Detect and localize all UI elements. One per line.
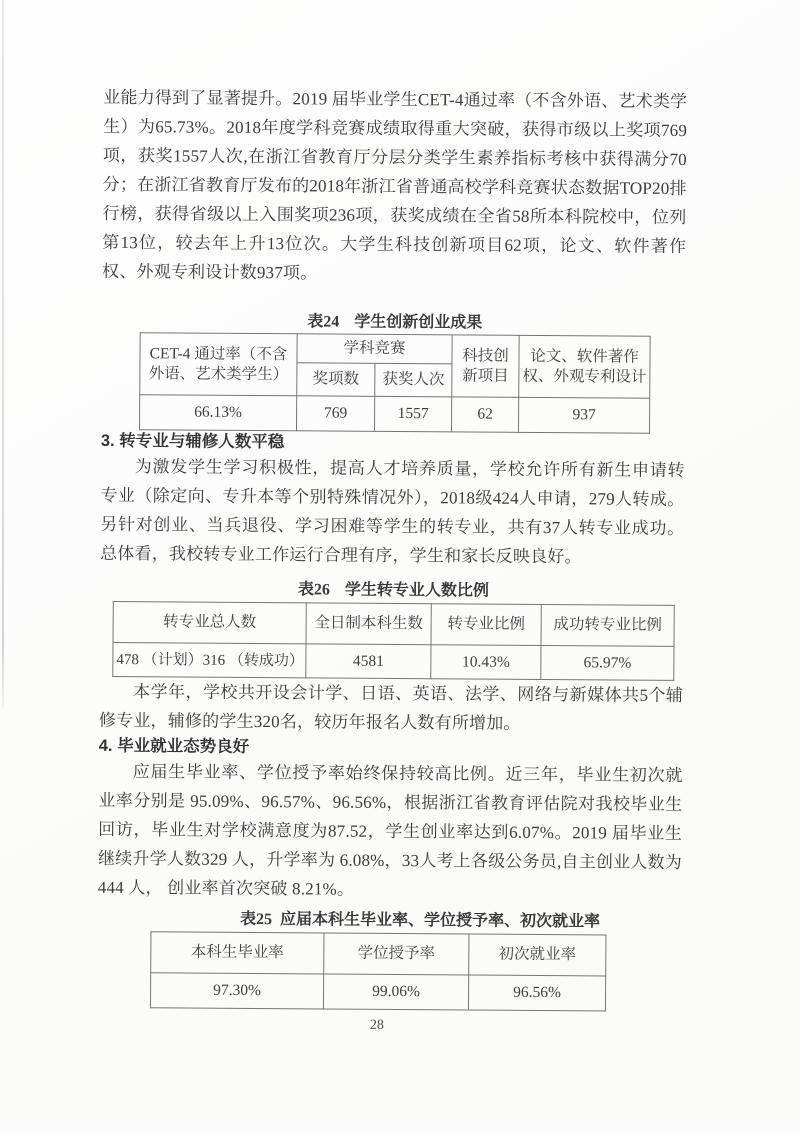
table25-cell-degree-rate: 99.06% [323,974,468,1010]
table26-caption-label: 表26 [298,581,330,598]
table26-header-transfer-ratio: 转专业比例 [431,604,541,646]
table24-caption: 表24学生创新创业成果 [140,310,650,335]
table24-caption-title: 学生创新创业成果 [354,314,482,332]
table25-header-degree-rate: 学位授予率 [324,933,469,975]
table24-cell-awards: 769 [296,396,374,432]
table24-header-papers-patents: 论文、软件著作权、外观专利设计 [519,335,650,398]
table24-student-innovation: CET-4 通过率（不含外语、艺术类学生） 学科竞赛 科技创新项目 论文、软件著… [139,332,651,434]
table24-header-cet4: CET-4 通过率（不含外语、艺术类学生） [140,333,297,396]
table24-header-tech-innovation: 科技创新项目 [452,335,519,397]
table25-caption-title: 应届本科生毕业率、学位授予率、初次就业率 [280,911,600,930]
table25-graduation-rates: 本科生毕业率 学位授予率 初次就业率 97.30% 99.06% 96.56% [150,931,607,1011]
table25-cell-graduation-rate: 97.30% [150,973,323,1009]
table26-header-fulltime-undergrad: 全日制本科生数 [306,603,431,645]
table24-header-competition-group: 学科竞赛 [297,334,452,364]
paragraph-intro: 业能力得到了显著提升。2019 届毕业学生CET-4通过率（不含外语、艺术类学生… [102,83,687,290]
table24-block: 表24学生创新创业成果 CET-4 通过率（不含外语、艺术类学生） 学科竞赛 科… [139,310,650,434]
table26-cell-total-transfer: 478 （计划）316 （转成功） [113,643,306,678]
table26-caption-title: 学生转专业人数比例 [345,582,489,600]
page-content: 业能力得到了显著提升。2019 届毕业学生CET-4通过率（不含外语、艺术类学生… [97,83,687,1012]
table26-header-total-transfer: 转专业总人数 [113,602,306,644]
table26-caption: 表26学生转专业人数比例 [113,578,674,603]
document-page: 业能力得到了显著提升。2019 届毕业学生CET-4通过率（不含外语、艺术类学生… [0,0,800,1133]
section-3-paragraph-2: 本学年，学校共开设会计学、日语、英语、法学、网络与新媒体共5个辅修专业，辅修的学… [99,677,683,739]
table26-cell-success-ratio: 65.97% [541,646,674,681]
section-4-paragraph-1: 应届生毕业率、学位授予率始终保持较高比例。近三年，毕业生初次就业率分别是 95.… [98,757,683,906]
table24-cell-winners: 1557 [374,396,451,432]
table24-cell-papers-patents: 937 [519,397,650,433]
section-3-paragraph-1: 为激发学生学习积极性，提高人才培养质量，学校允许所有新生申请转专业（除定向、专升… [100,452,685,572]
table26-block: 表26学生转专业人数比例 转专业总人数 全日制本科生数 转专业比例 成功转专业比… [112,578,674,681]
table24-header-awards: 奖项数 [297,363,375,397]
table26-cell-transfer-ratio: 10.43% [431,645,541,680]
table26-cell-fulltime-undergrad: 4581 [306,644,431,679]
table25-caption: 表25应届本科生毕业率、学位授予率、初次就业率 [193,909,648,933]
table24-caption-label: 表24 [307,313,339,330]
table24-cell-tech-projects: 62 [452,397,519,432]
page-number: 28 [0,1015,761,1036]
table25-block: 表25应届本科生毕业率、学位授予率、初次就业率 本科生毕业率 学位授予率 初次就… [150,908,606,1011]
table26-header-success-ratio: 成功转专业比例 [541,605,674,647]
table26-major-transfer: 转专业总人数 全日制本科生数 转专业比例 成功转专业比例 478 （计划）316… [112,601,675,681]
table25-header-employment-rate: 初次就业率 [469,934,606,976]
table25-header-graduation-rate: 本科生毕业率 [151,932,324,974]
table25-cell-employment-rate: 96.56% [468,975,605,1011]
table24-cell-cet4-rate: 66.13% [139,395,296,431]
table24-header-winners: 获奖人次 [375,363,452,397]
table25-caption-label: 表25 [240,911,272,928]
